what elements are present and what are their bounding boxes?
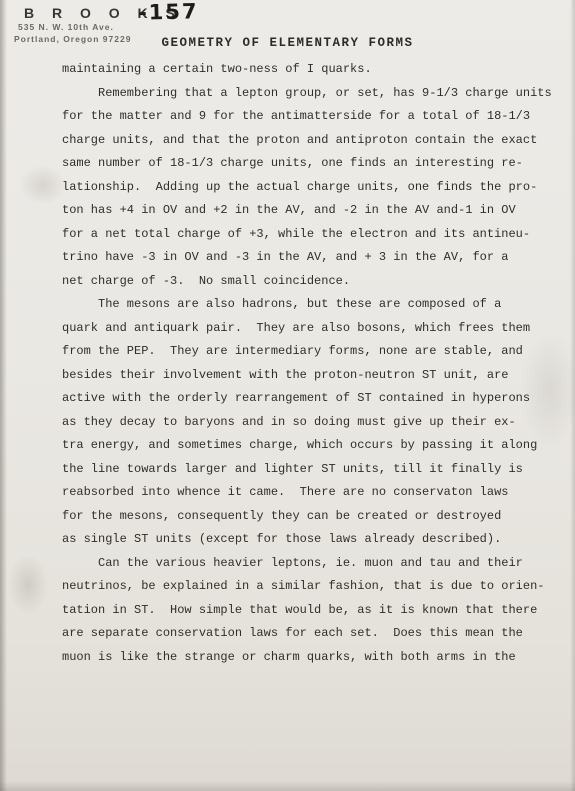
scan-smudge	[20, 165, 66, 205]
text-line: are separate conservation laws for each …	[62, 622, 547, 646]
text-line: reabsorbed into whence it came. There ar…	[62, 481, 547, 505]
text-line: trino have -3 in OV and -3 in the AV, an…	[62, 246, 547, 270]
text-line: from the PEP. They are intermediary form…	[62, 340, 547, 364]
text-line: net charge of -3. No small coincidence.	[62, 270, 547, 294]
text-line: the line towards larger and lighter ST u…	[62, 458, 547, 482]
text-line: as single ST units (except for those law…	[62, 528, 547, 552]
document-title: GEOMETRY OF ELEMENTARY FORMS	[0, 36, 575, 50]
text-line: Can the various heavier leptons, ie. muo…	[62, 552, 547, 576]
text-line: muon is like the strange or charm quarks…	[62, 646, 547, 670]
text-line: neutrinos, be explained in a similar fas…	[62, 575, 547, 599]
handwritten-page-number: -157	[138, 0, 199, 25]
text-line: The mesons are also hadrons, but these a…	[62, 293, 547, 317]
text-line: tation in ST. How simple that would be, …	[62, 599, 547, 623]
text-line: as they decay to baryons and in so doing…	[62, 411, 547, 435]
text-line: for the mesons, consequently they can be…	[62, 505, 547, 529]
text-line: quark and antiquark pair. They are also …	[62, 317, 547, 341]
text-line: for a net total charge of +3, while the …	[62, 223, 547, 247]
text-line: lationship. Adding up the actual charge …	[62, 176, 547, 200]
text-line: charge units, and that the proton and an…	[62, 129, 547, 153]
text-line: ton has +4 in OV and +2 in the AV, and -…	[62, 199, 547, 223]
text-line: active with the orderly rearrangement of…	[62, 387, 547, 411]
body-text: maintaining a certain two-ness of I quar…	[62, 58, 547, 669]
text-line: for the matter and 9 for the antimatters…	[62, 105, 547, 129]
text-line: maintaining a certain two-ness of I quar…	[62, 58, 547, 82]
scan-edge-shadow-right	[570, 0, 575, 791]
text-line: Remembering that a lepton group, or set,…	[62, 82, 547, 106]
text-line: besides their involvement with the proto…	[62, 364, 547, 388]
text-line: same number of 18-1/3 charge units, one …	[62, 152, 547, 176]
text-line: tra energy, and sometimes charge, which …	[62, 434, 547, 458]
scan-smudge	[8, 555, 48, 615]
document-page: B R O O K S 535 N. W. 10th Ave. Portland…	[0, 0, 575, 791]
scan-edge-shadow-bottom	[0, 781, 575, 791]
scan-edge-shadow-left	[0, 0, 7, 791]
